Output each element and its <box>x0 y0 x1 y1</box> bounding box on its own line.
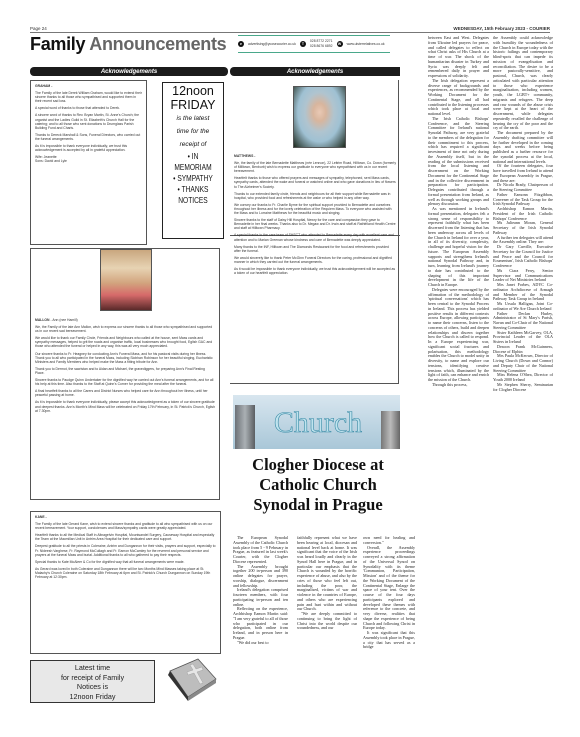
mallon-heading: MALLON - Ann (nee Hamill) <box>35 318 215 322</box>
mallon-para: Thank you to Dermot, the sacristan and t… <box>35 367 215 375</box>
section-bar-right: Acknowledgements <box>230 67 400 76</box>
graham-para: The Family of the late Derek William Gra… <box>35 91 142 103</box>
mallon-para: We, the Family of the late Ann Mallon, w… <box>35 325 215 333</box>
section-bar-left: Acknowledgements <box>30 67 228 76</box>
graham-notice: GRAHAM - The Family of the late Derek Wi… <box>30 80 147 245</box>
deadline-text-3: receipt of <box>163 138 223 151</box>
deadline-day: FRIDAY <box>163 98 223 112</box>
matthews-notice: MATTHEWS - We, the family of the late Be… <box>230 80 400 236</box>
matthews-para: We would sincerely like to thank Peter M… <box>234 256 396 264</box>
email-link[interactable]: advertising@ycosecourier.co.uk <box>248 42 296 46</box>
deadline-text-2: time for the <box>163 125 223 138</box>
church-tower-left <box>235 405 255 449</box>
matthews-heading: MATTHEWS - <box>234 154 396 158</box>
matthews-photo <box>293 86 346 148</box>
mallon-photo <box>100 249 152 311</box>
church-life-title: Church Life <box>255 401 381 449</box>
kane-para: Special thanks to Kate McAleer & Co for … <box>35 560 216 564</box>
matthews-border-bottom <box>230 383 399 384</box>
page-number: Page 24 <box>30 26 47 31</box>
matthews-para: As it would be impossible to thank every… <box>234 267 396 275</box>
matthews-border <box>398 80 399 383</box>
mallon-para: As it is impossible to thank everyone in… <box>35 400 215 412</box>
latest-line: for receipt of Family <box>31 673 154 683</box>
kane-para: Deepest gratitude to all the priests in … <box>35 544 216 556</box>
matthews-para: We, the family of the late Bernadette Ma… <box>234 161 396 173</box>
article-column-3: own need for healing and conversion."Ove… <box>363 536 415 650</box>
matthews-para: Many thanks to the INF, Hilltown and The… <box>234 245 396 253</box>
phone-2: 028 8676 6892 <box>310 44 333 49</box>
web-icon: W <box>337 41 343 47</box>
church-tower-right <box>381 411 400 449</box>
title-family: Family <box>30 34 85 54</box>
phone-numbers: 028 8772 2271 028 8676 6892 <box>310 39 333 49</box>
bible-icon <box>162 657 220 703</box>
kane-heading: KANE - <box>35 515 216 519</box>
graham-para: A sincere word of thanks to Rev. Bryan M… <box>35 113 142 129</box>
article-column-4: between East and West. Delegates from Uk… <box>428 36 489 388</box>
deadline-item: NOTICES <box>170 195 217 206</box>
graham-heading: GRAHAM - <box>35 84 142 88</box>
deadline-item: • IN MEMORIAM <box>170 151 217 173</box>
deadline-text-1: is the latest <box>163 112 223 125</box>
page-title: Family Announcements <box>30 34 226 54</box>
contact-strip: e advertising@ycosecourier.co.uk T 028 8… <box>238 35 390 53</box>
graham-para: A special word of thanks to those that a… <box>35 106 142 110</box>
matthews-para: A special thanks to the care team of SHS… <box>234 233 396 241</box>
mallon-notice: MALLON - Ann (nee Hamill) We, the Family… <box>30 248 220 500</box>
latest-time-box: Latest time for receipt of Family Notice… <box>30 660 155 703</box>
deadline-time: 12noon <box>163 85 223 98</box>
kane-para: Heartfelt thanks to all the Medical Staf… <box>35 533 216 541</box>
article-column-1: The European Synodal Assembly of the Cat… <box>233 536 288 645</box>
mallon-para: We would like to thank our Family Circle… <box>35 336 215 348</box>
deadline-item: • SYMPATHY <box>170 173 217 184</box>
matthews-para: We convey our thanks to Fr. Charlie Byrn… <box>234 203 396 215</box>
church-life-banner: Church Life <box>233 395 400 449</box>
latest-line: Notices is <box>31 682 154 692</box>
graham-sons: Sons: David and Lyle <box>35 159 142 163</box>
mallon-para: Sincere thanks to Paudge Quinn Undertake… <box>35 378 215 386</box>
article-column-2: faithfully represent what we have been h… <box>297 536 357 631</box>
deadline-box: 12noon FRIDAY is the latest time for the… <box>162 82 224 239</box>
article-headline: Clogher Diocese at Catholic Church Synod… <box>233 455 403 515</box>
article-column-5: the Assembly could acknowledge with humi… <box>493 36 553 392</box>
kane-para: The Family of the late Gerard Kane, wish… <box>35 522 216 530</box>
email-icon: e <box>238 41 244 47</box>
mallon-para: Our sincere thanks to Fr. Heagney for co… <box>35 352 215 364</box>
latest-line: 12noon Friday <box>31 692 154 702</box>
latest-line: Latest time <box>31 663 154 673</box>
matthews-para: Sincere thanks to the staff of Daisy Hil… <box>234 218 396 230</box>
website-link[interactable]: www.ulsterrelatives.co.uk <box>347 42 385 46</box>
date-line: WEDNESDAY, 15th February 2023 - COURIER <box>405 26 550 31</box>
deadline-item: • THANKS <box>170 184 217 195</box>
graham-para: As it is impossible to thank everyone in… <box>35 144 142 152</box>
kane-para: As Gerard was loved in both Coleraine an… <box>35 567 216 579</box>
graham-para: Thanks to Dereck Marshall & Sons, Funera… <box>35 133 142 141</box>
matthews-para: Thanks to our extended family circle, fr… <box>234 192 396 200</box>
top-rule <box>30 32 550 33</box>
phone-icon: T <box>300 41 306 47</box>
kane-notice: KANE - The Family of the late Gerard Kan… <box>30 511 221 654</box>
matthews-para: Heartfelt thanks to those who offered pr… <box>234 176 396 188</box>
title-announcements: Announcements <box>89 34 226 54</box>
mallon-para: A final heartfelt thanks to all the Care… <box>35 389 215 397</box>
